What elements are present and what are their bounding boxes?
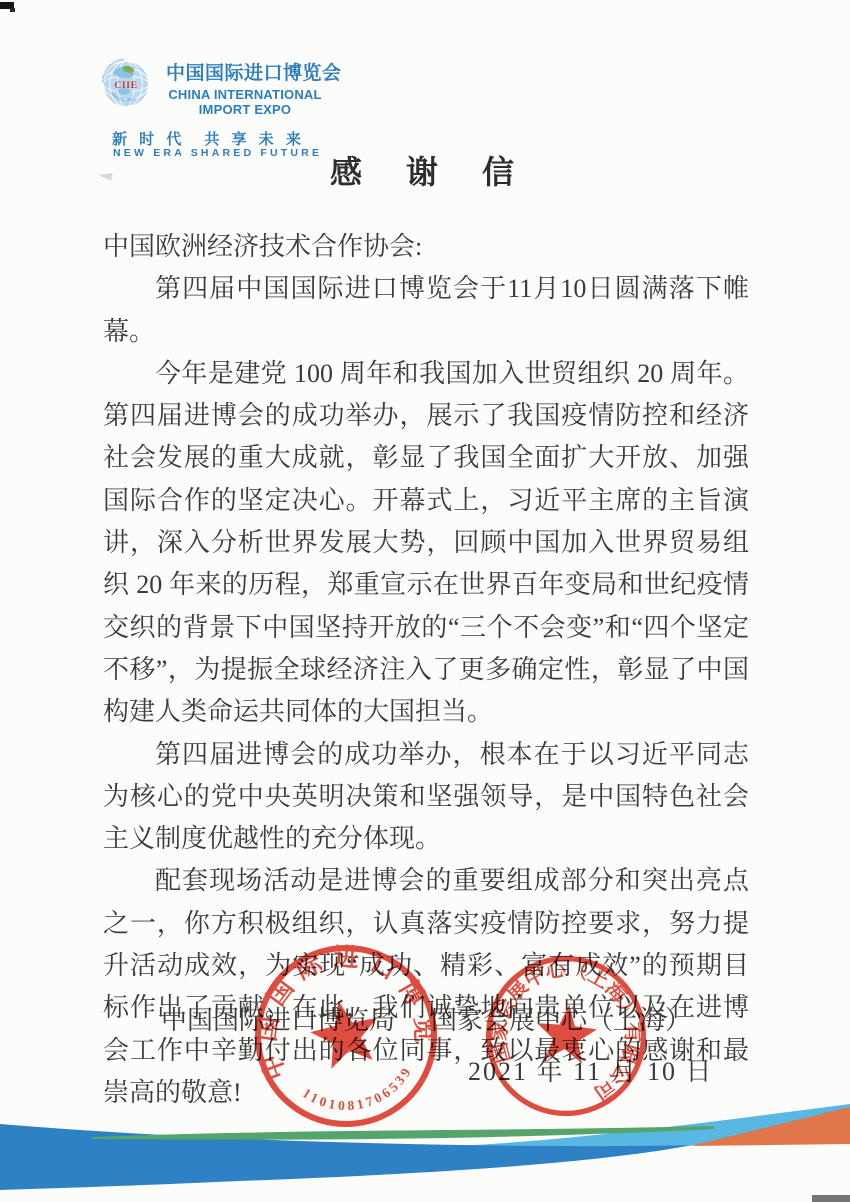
scan-artifact-top-left-2 (10, 8, 15, 12)
paragraph-3: 第四届进博会的成功举办，根本在于以习近平同志为核心的党中央英明决策和坚强领导，是… (103, 734, 749, 861)
salutation: 中国欧洲经济技术合作协会: (103, 226, 749, 268)
logo-en-line2: IMPORT EXPO (166, 102, 324, 117)
ciie-globe-logo-icon: CHINA INTERNATIONAL 中国国际进口博览会 CIIE (96, 54, 156, 114)
paragraph-1: 第四届中国国际进口博览会于11月10日圆满落下帷幕。 (103, 268, 749, 353)
scanned-letter-page: CHINA INTERNATIONAL 中国国际进口博览会 CIIE 中国国际进… (0, 0, 850, 1202)
paragraph-2: 今年是建党 100 周年和我国加入世贸组织 20 周年。第四届进博会的成功举办，… (103, 353, 749, 734)
logo-tagline-cn: 新 时 代 共 享 未 来 (112, 128, 305, 149)
footer-wave-graphic (0, 1100, 850, 1202)
letter-title: 感 谢 信 (0, 147, 850, 193)
ciie-wordmark: CIIE (114, 80, 137, 91)
letterhead-brand-block: 中国国际进口博览会 CHINA INTERNATIONAL IMPORT EXP… (166, 58, 324, 117)
logo-en-line1: CHINA INTERNATIONAL (166, 87, 324, 102)
seal-star-icon (533, 1001, 599, 1064)
seal-star-icon (305, 994, 385, 1072)
scan-artifact-bottom-right (812, 1195, 850, 1202)
logo-cn-name: 中国国际进口博览会 (166, 58, 324, 85)
